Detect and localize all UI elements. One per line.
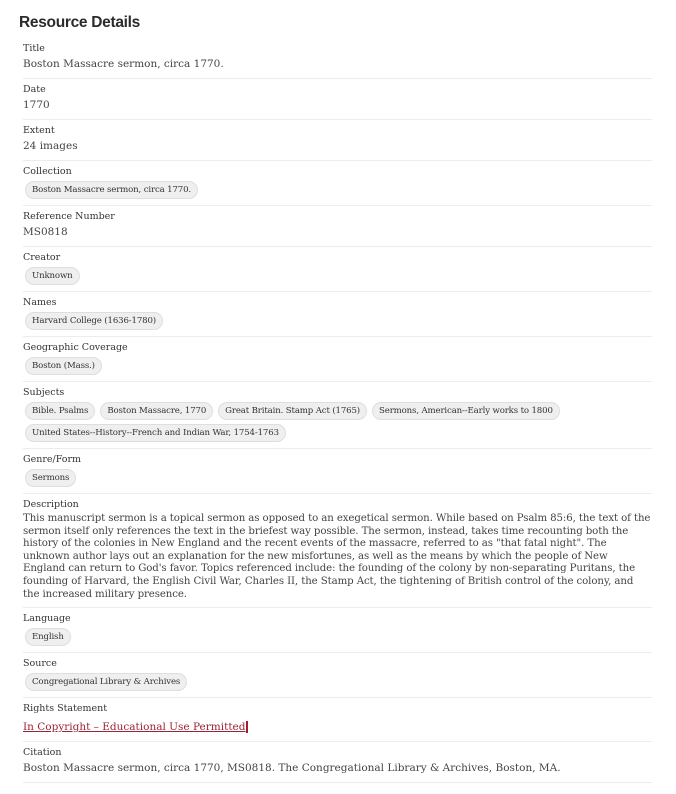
field-label: Geographic Coverage xyxy=(23,341,652,355)
field-value: Boston Massacre sermon, circa 1770. xyxy=(23,57,652,72)
tag-list: Sermons xyxy=(25,469,652,487)
field-label: Subjects xyxy=(23,386,652,400)
field-subjects: Subjects Bible. PsalmsBoston Massacre, 1… xyxy=(23,382,652,449)
field-rights-statement: Rights Statement In Copyright – Educatio… xyxy=(23,698,652,742)
facet-tag[interactable]: Sermons, American--Early works to 1800 xyxy=(372,402,560,420)
rights-statement-link[interactable]: In Copyright – Educational Use Permitted xyxy=(23,721,248,733)
field-extent: Extent 24 images xyxy=(23,120,652,161)
field-value: This manuscript sermon is a topical serm… xyxy=(23,513,652,601)
tag-list: English xyxy=(25,628,652,646)
field-description: Description This manuscript sermon is a … xyxy=(23,494,652,608)
field-value: 24 images xyxy=(23,139,652,154)
facet-tag[interactable]: Bible. Psalms xyxy=(25,402,95,420)
field-label: Description xyxy=(23,498,652,512)
field-label: Names xyxy=(23,296,652,310)
facet-tag[interactable]: United States--History--French and India… xyxy=(25,424,286,442)
tag-list: Congregational Library & Archives xyxy=(25,673,652,691)
field-label: Genre/Form xyxy=(23,453,652,467)
section-heading: Resource Details xyxy=(19,12,652,34)
facet-tag[interactable]: Sermons xyxy=(25,469,76,487)
field-label: Date xyxy=(23,83,652,97)
field-label: Rights Statement xyxy=(23,702,652,716)
field-value: 1770 xyxy=(23,98,652,113)
facet-tag[interactable]: Boston Massacre sermon, circa 1770. xyxy=(25,181,198,199)
field-genre-form: Genre/Form Sermons xyxy=(23,449,652,494)
tag-list: Boston (Mass.) xyxy=(25,357,652,375)
resource-details-panel: Resource Details Title Boston Massacre s… xyxy=(19,12,652,783)
field-creator: Creator Unknown xyxy=(23,247,652,292)
field-label: Language xyxy=(23,612,652,626)
field-label: Citation xyxy=(23,746,652,760)
facet-tag[interactable]: Congregational Library & Archives xyxy=(25,673,187,691)
field-label: Reference Number xyxy=(23,210,652,224)
field-title: Title Boston Massacre sermon, circa 1770… xyxy=(23,38,652,79)
field-language: Language English xyxy=(23,608,652,653)
facet-tag[interactable]: Boston (Mass.) xyxy=(25,357,102,375)
field-source: Source Congregational Library & Archives xyxy=(23,653,652,698)
field-label: Creator xyxy=(23,251,652,265)
field-label: Title xyxy=(23,42,652,56)
facet-tag[interactable]: Boston Massacre, 1770 xyxy=(100,402,213,420)
facet-tag[interactable]: Harvard College (1636-1780) xyxy=(25,312,163,330)
facet-tag[interactable]: Great Britain. Stamp Act (1765) xyxy=(218,402,367,420)
tag-list: Unknown xyxy=(25,267,652,285)
field-label: Extent xyxy=(23,124,652,138)
tag-list: Harvard College (1636-1780) xyxy=(25,312,652,330)
field-label: Source xyxy=(23,657,652,671)
field-citation: Citation Boston Massacre sermon, circa 1… xyxy=(23,742,652,783)
field-names: Names Harvard College (1636-1780) xyxy=(23,292,652,337)
field-collection: Collection Boston Massacre sermon, circa… xyxy=(23,161,652,206)
tag-list: Boston Massacre sermon, circa 1770. xyxy=(25,181,652,199)
field-label: Collection xyxy=(23,165,652,179)
facet-tag[interactable]: Unknown xyxy=(25,267,80,285)
field-geographic-coverage: Geographic Coverage Boston (Mass.) xyxy=(23,337,652,382)
tag-list: Bible. PsalmsBoston Massacre, 1770Great … xyxy=(25,402,652,442)
fields-list: Title Boston Massacre sermon, circa 1770… xyxy=(23,38,652,783)
field-value: Boston Massacre sermon, circa 1770, MS08… xyxy=(23,761,652,776)
facet-tag[interactable]: English xyxy=(25,628,71,646)
field-value: MS0818 xyxy=(23,225,652,240)
field-reference-number: Reference Number MS0818 xyxy=(23,206,652,247)
field-date: Date 1770 xyxy=(23,79,652,120)
